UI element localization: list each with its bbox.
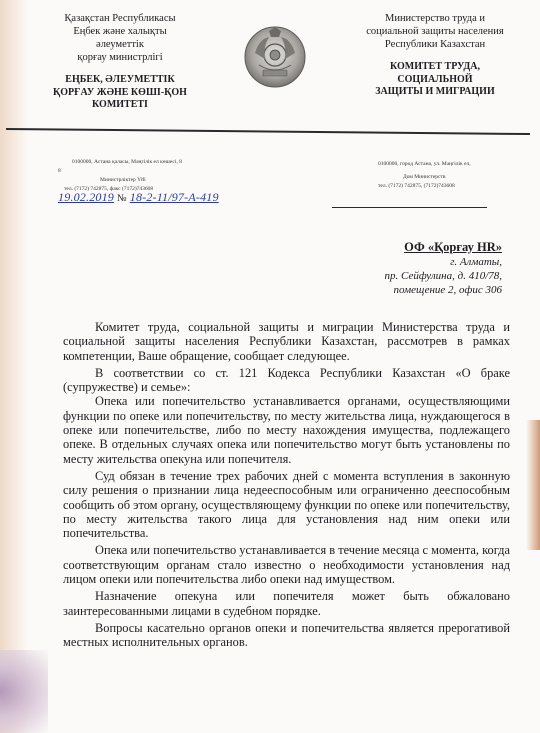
body-paragraph: Вопросы касательно органов опеки и попеч…: [63, 621, 510, 650]
scan-edge-right: [526, 420, 540, 550]
letterhead-line: әлеуметтік: [40, 38, 200, 51]
address-line: Дом Министерств: [378, 173, 538, 182]
address-line: 0100000, город Астана, ул. Мәңгілік ел,: [378, 160, 538, 169]
recipient-block: ОФ «Қорғау HR» г. Алматы, пр. Сейфулина,…: [385, 240, 502, 297]
recipient-city: г. Алматы,: [385, 255, 502, 269]
committee-line: ЗАЩИТЫ И МИГРАЦИИ: [355, 86, 515, 99]
body-paragraph: Комитет труда, социальной защиты и мигра…: [63, 320, 510, 363]
letterhead-line: Еңбек және халықты: [40, 25, 200, 38]
address-line: тел. (7172) 742875, (7172)743608: [378, 182, 538, 191]
letterhead-russian: Министерство труда и социальной защиты н…: [355, 12, 515, 99]
recipient-office: помещение 2, офис 306: [385, 283, 502, 297]
committee-line: СОЦИАЛЬНОЙ: [355, 74, 515, 87]
address-line: 0100000, Астана қаласы, Мәңгілік ел көше…: [40, 158, 260, 167]
committee-line: ЕҢБЕК, ӘЛЕУМЕТТІК: [40, 74, 200, 87]
committee-line: ҚОРҒАУ ЖӘНЕ КӨШІ-ҚОН: [40, 87, 200, 100]
recipient-name: ОФ «Қорғау HR»: [385, 240, 502, 254]
letter-body: Комитет труда, социальной защиты и мигра…: [63, 320, 510, 653]
letterhead-kazakh: Қазақстан Республикасы Еңбек және халықт…: [40, 12, 200, 112]
scan-edge-left: [0, 0, 28, 733]
letterhead-line: Республики Казахстан: [355, 38, 515, 51]
committee-line: КОМИТЕТІ: [40, 99, 200, 112]
body-paragraph: Опека или попечительство устанавливается…: [63, 394, 510, 465]
state-emblem-icon: [243, 25, 307, 89]
letterhead-line: Министерство труда и: [355, 12, 515, 25]
outgoing-registration: 19.02.2019№18-2-11/97-А-419: [58, 190, 219, 205]
address-russian: 0100000, город Астана, ул. Мәңгілік ел, …: [378, 160, 538, 191]
scan-shadow-bottom-left: [0, 650, 48, 733]
body-paragraph: Суд обязан в течение трех рабочих дней с…: [63, 469, 510, 540]
letterhead-line: қорғау министрлігі: [40, 51, 200, 64]
letterhead-line: социальной защиты населения: [355, 25, 515, 38]
address-divider: [332, 207, 487, 208]
body-paragraph: Опека или попечительство устанавливается…: [63, 543, 510, 586]
letterhead-line: Қазақстан Республикасы: [40, 12, 200, 25]
body-paragraph: Назначение опекуна или попечителя может …: [63, 589, 510, 618]
address-line: 8: [40, 167, 260, 176]
number-sign: №: [117, 193, 127, 204]
committee-line: КОМИТЕТ ТРУДА,: [355, 61, 515, 74]
committee-name-kazakh: ЕҢБЕК, ӘЛЕУМЕТТІК ҚОРҒАУ ЖӘНЕ КӨШІ-ҚОН К…: [40, 74, 200, 112]
outgoing-date: 19.02.2019: [58, 190, 114, 204]
outgoing-number: 18-2-11/97-А-419: [130, 190, 219, 204]
address-line: Министрліктер Үйі: [40, 176, 260, 185]
recipient-street: пр. Сейфулина, д. 410/78,: [385, 269, 502, 283]
committee-name-russian: КОМИТЕТ ТРУДА, СОЦИАЛЬНОЙ ЗАЩИТЫ И МИГРА…: [355, 61, 515, 99]
letterhead-divider: [6, 128, 530, 135]
address-kazakh: 0100000, Астана қаласы, Мәңгілік ел көше…: [40, 158, 260, 194]
body-paragraph: В соответствии со ст. 121 Кодекса Респуб…: [63, 366, 510, 395]
